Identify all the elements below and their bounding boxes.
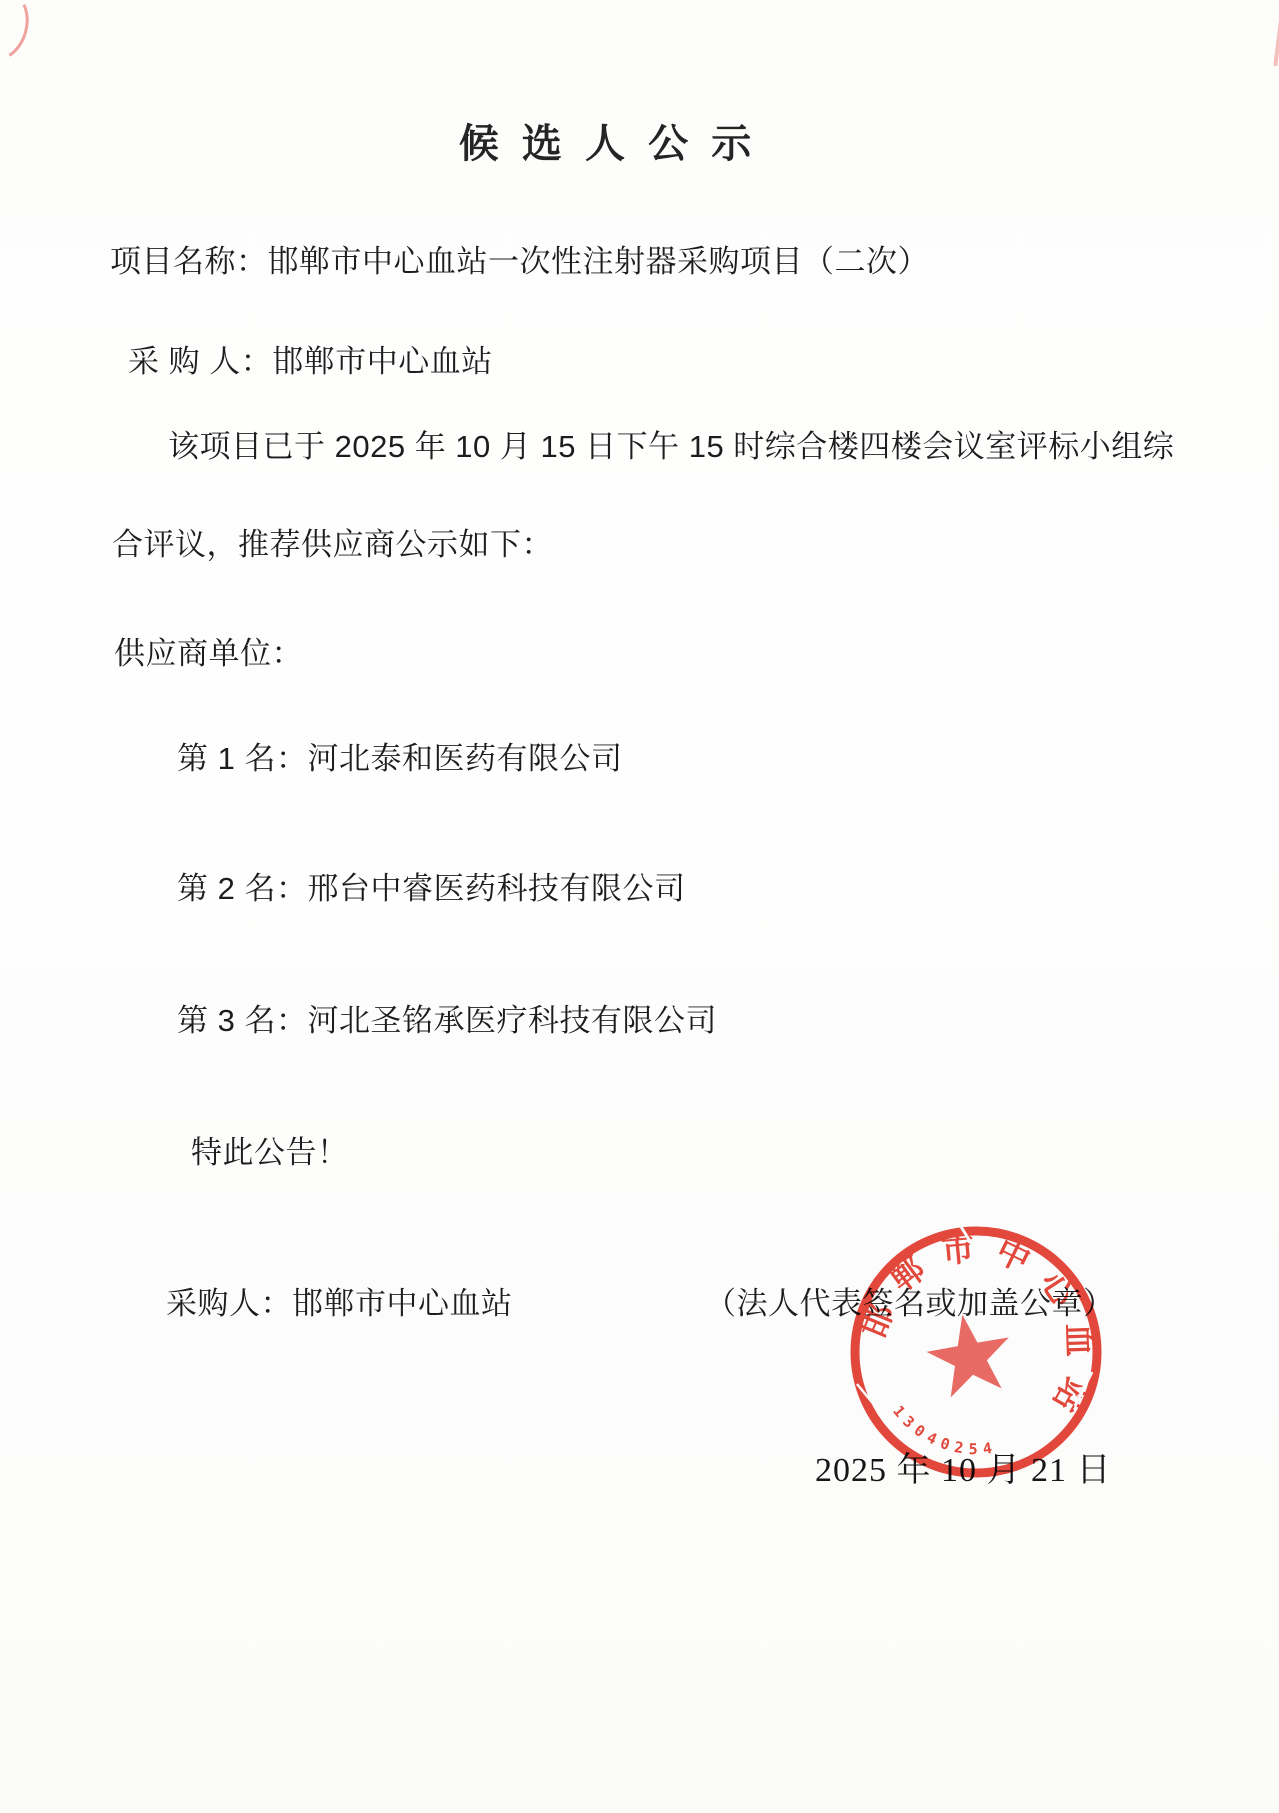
date-line: 2025 年 10 月 21 日 (815, 1442, 1112, 1491)
stamp-ink-break-left (857, 1384, 880, 1412)
supplier-rank-3: 第 3 名：河北圣铭承医疗科技有限公司 (177, 995, 717, 1040)
signature-purchaser: 采购人：邯郸市中心血站 (166, 1278, 513, 1323)
stamp-ink-break-top (960, 1225, 971, 1243)
supplier-rank-1: 第 1 名：河北泰和医药有限公司 (177, 733, 622, 778)
evaluation-paragraph-line-2: 合评议，推荐供应商公示如下： (112, 519, 553, 564)
suppliers-heading: 供应商单位： (114, 628, 303, 673)
scan-ink-mark-top-right (1273, 22, 1279, 66)
purchaser-line: 采 购 人：邯郸市中心血站 (128, 336, 493, 381)
announcement-line: 特此公告！ (191, 1127, 349, 1172)
svg-text:邯郸市中心血站: 邯郸市中心血站 (849, 1216, 1112, 1435)
stamp-organization-text: 邯郸市中心血站 (849, 1216, 1112, 1435)
stamp-ink-break-right (1075, 1372, 1092, 1406)
project-name-line: 项目名称：邯郸市中心血站一次性注射器采购项目（二次） (110, 236, 929, 281)
page-title: 候 选 人 公 示 (0, 112, 1216, 169)
supplier-rank-2: 第 2 名：邢台中睿医药科技有限公司 (177, 863, 685, 908)
notice-document-page: 候 选 人 公 示 项目名称：邯郸市中心血站一次性注射器采购项目（二次） 采 购… (0, 0, 1279, 1813)
signature-seal-note: （法人代表签名或加盖公章） (705, 1278, 1115, 1323)
evaluation-paragraph-line-1: 该项目已于 2025 年 10 月 15 日下午 15 时综合楼四楼会议室评标小… (168, 421, 1174, 466)
scan-ink-mark-top-left (0, 0, 37, 69)
